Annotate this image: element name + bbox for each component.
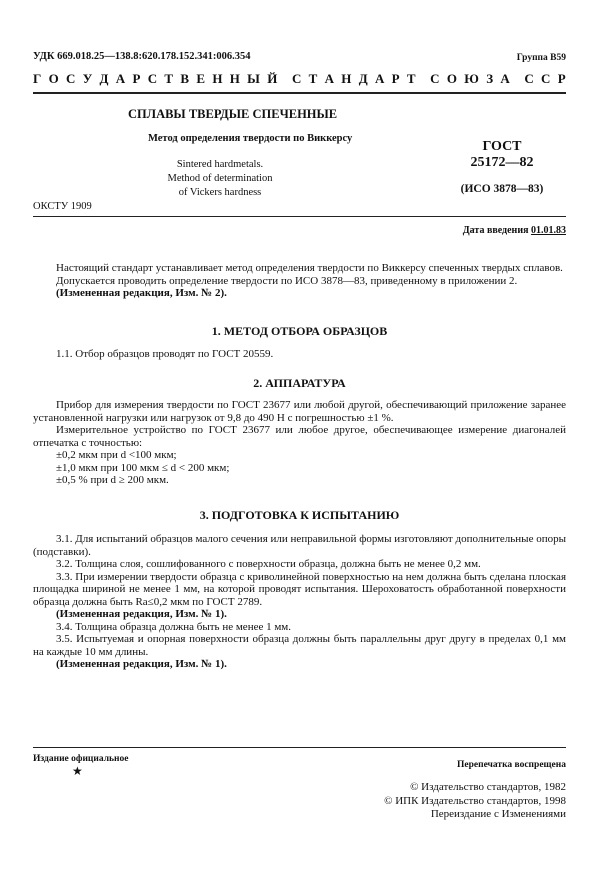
letter: С — [524, 71, 533, 87]
footer-rule — [33, 747, 566, 748]
letter: С — [541, 71, 550, 87]
letter: В — [180, 71, 189, 87]
letter: А — [500, 71, 509, 87]
section-2-body: Прибор для измерения твердости по ГОСТ 2… — [33, 399, 566, 487]
reprint-prohibited-label: Перепечатка воспрещена — [457, 760, 566, 770]
letter: А — [375, 71, 384, 87]
english-title-line: Sintered hardmetals. — [140, 158, 300, 172]
copyright-line: © Издательство стандартов, 1982 — [384, 781, 566, 795]
letter: Т — [309, 71, 318, 87]
letter: Р — [392, 71, 400, 87]
document-subtitle: Метод определения твердости по Виккерсу — [148, 133, 352, 144]
intro-paragraph: Допускается проводить определение твердо… — [33, 275, 566, 288]
letter: Й — [267, 71, 277, 87]
letter: А — [325, 71, 334, 87]
copyright-line: © ИПК Издательство стандартов, 1998 — [384, 795, 566, 809]
section-heading-1: 1. МЕТОД ОТБОРА ОБРАЗЦОВ — [33, 324, 566, 339]
tolerance-item: ±0,5 % при d ≥ 200 мкм. — [33, 474, 566, 487]
clause: 3.3. При измерении твердости образца с к… — [33, 571, 566, 609]
clause: Измерительное устройство по ГОСТ 23677 и… — [33, 424, 566, 449]
tolerance-item: ±0,2 мкм при d <100 мкм; — [33, 449, 566, 462]
section-1-body: 1.1. Отбор образцов проводят по ГОСТ 205… — [33, 348, 566, 361]
copyright-line: Переиздание с Изменениями — [384, 808, 566, 822]
gost-label: ГОСТ — [452, 139, 552, 155]
letter: Н — [212, 71, 222, 87]
letter: Т — [407, 71, 416, 87]
group-code: Группа В59 — [517, 53, 566, 63]
title-rule — [33, 216, 566, 217]
clause: 1.1. Отбор образцов проводят по ГОСТ 205… — [33, 348, 566, 361]
letter: О — [49, 71, 59, 87]
intro-block: Настоящий стандарт устанавливает метод о… — [33, 262, 566, 300]
section-heading-2: 2. АППАРАТУРА — [33, 376, 566, 391]
letter: С — [292, 71, 301, 87]
clause: Прибор для измерения твердости по ГОСТ 2… — [33, 399, 566, 424]
letter: Е — [196, 71, 205, 87]
iso-reference: (ИСО 3878—83) — [452, 183, 552, 195]
section-heading-3: 3. ПОДГОТОВКА К ИСПЫТАНИЮ — [33, 508, 566, 523]
english-title-line: of Vickers hardness — [140, 186, 300, 200]
section-3-body: 3.1. Для испытаний образцов малого сечен… — [33, 533, 566, 671]
udk-code: УДК 669.018.25—138.8:620.178.152.341:006… — [33, 51, 250, 62]
letter: Н — [341, 71, 351, 87]
clause: 3.5. Испытуемая и опорная поверхности об… — [33, 633, 566, 658]
document-title: СПЛАВЫ ТВЕРДЫЕ СПЕЧЕННЫЕ — [128, 107, 337, 122]
date-value: 01.01.83 — [531, 225, 566, 236]
clause: 3.1. Для испытаний образцов малого сечен… — [33, 533, 566, 558]
letter: Т — [164, 71, 173, 87]
letter: С — [66, 71, 75, 87]
gost-number: 25172—82 — [452, 155, 552, 171]
letter: З — [486, 71, 493, 87]
okstu-code: ОКСТУ 1909 — [33, 201, 92, 212]
tolerance-item: ±1,0 мкм при 100 мкм ≤ d < 200 мкм; — [33, 462, 566, 475]
header-rule — [33, 92, 566, 94]
state-standard-heading: Г О С У Д А Р С Т В Е Н Н Ы Й С Т А Н Д … — [33, 71, 566, 87]
revision-note: (Измененная редакция, Изм. № 2). — [33, 287, 566, 300]
letter: С — [430, 71, 439, 87]
intro-paragraph: Настоящий стандарт устанавливает метод о… — [33, 262, 566, 275]
english-title-line: Method of determination — [140, 172, 300, 186]
letter: Г — [33, 71, 41, 87]
letter: Р — [132, 71, 140, 87]
letter: О — [447, 71, 457, 87]
letter: Ы — [247, 71, 260, 87]
letter: Р — [558, 71, 566, 87]
letter: А — [116, 71, 125, 87]
letter: С — [148, 71, 157, 87]
clause: 3.4. Толщина образца должна быть не мене… — [33, 621, 566, 634]
english-title: Sintered hardmetals. Method of determina… — [140, 158, 300, 200]
official-edition-label: Издание официальное — [33, 754, 129, 764]
star-icon: ★ — [72, 764, 83, 779]
revision-note: (Измененная редакция, Изм. № 1). — [33, 658, 566, 671]
clause: 3.2. Толщина слоя, сошлифованного с пове… — [33, 558, 566, 571]
revision-note: (Измененная редакция, Изм. № 1). — [33, 608, 566, 621]
date-label: Дата введения — [463, 225, 529, 236]
letter: Н — [230, 71, 240, 87]
letter: Ю — [464, 71, 479, 87]
letter: У — [83, 71, 93, 87]
letter: Д — [359, 71, 368, 87]
copyright-block: © Издательство стандартов, 1982 © ИПК Из… — [384, 781, 566, 822]
letter: Д — [100, 71, 109, 87]
gost-designation: ГОСТ 25172—82 — [452, 139, 552, 171]
effective-date: Дата введения 01.01.83 — [463, 225, 566, 236]
